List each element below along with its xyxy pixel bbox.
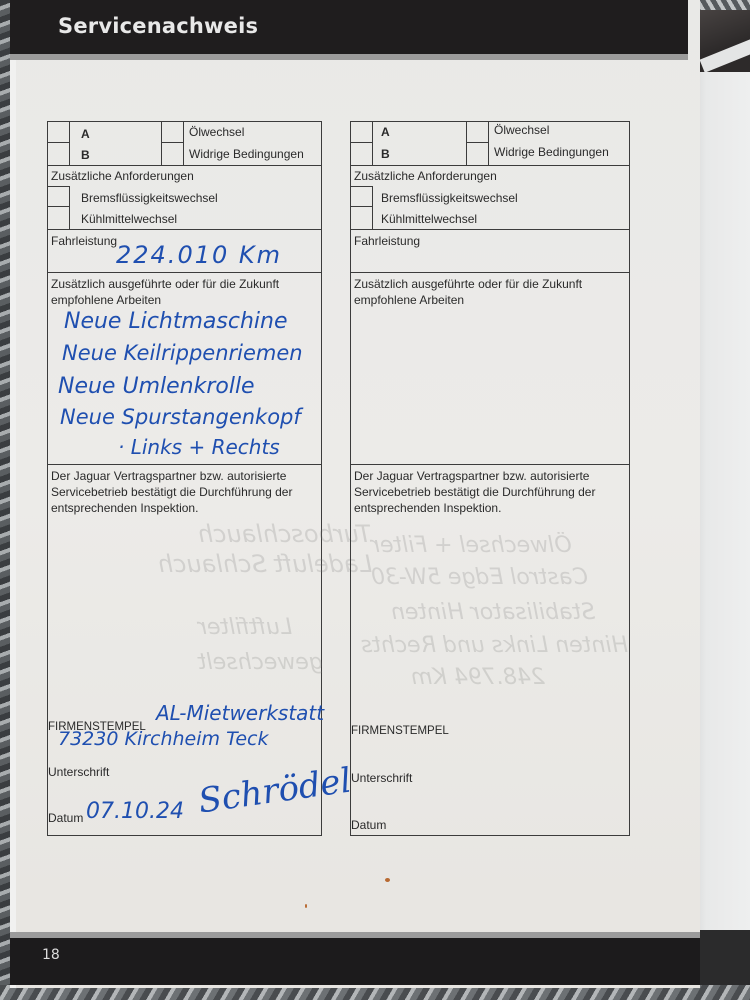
checkbox-coolant[interactable] bbox=[48, 207, 70, 229]
date-label: Datum bbox=[351, 818, 386, 832]
checkbox-service-b[interactable] bbox=[48, 143, 70, 165]
checkbox-service-b[interactable] bbox=[351, 143, 373, 165]
signature-label: Unterschrift bbox=[48, 765, 109, 779]
page-title: Servicenachweis bbox=[58, 14, 258, 38]
confirmation-text-line3: entsprechenden Inspektion. bbox=[51, 501, 198, 515]
additional-requirements-heading: Zusätzliche Anforderungen bbox=[354, 169, 497, 183]
show-through-text: gewechselt bbox=[198, 650, 323, 675]
confirmation-text-line3: entsprechenden Inspektion. bbox=[354, 501, 501, 515]
confirmation-row: Der Jaguar Vertragspartner bzw. autorisi… bbox=[351, 465, 629, 835]
checkbox-service-a[interactable] bbox=[351, 122, 373, 143]
confirmation-text-line1: Der Jaguar Vertragspartner bzw. autorisi… bbox=[354, 469, 589, 483]
additional-requirements-row: Zusätzliche Anforderungen Bremsflüssigke… bbox=[48, 166, 321, 230]
mileage-row: Fahrleistung 224.010 Km bbox=[48, 230, 321, 273]
service-a-label: A bbox=[381, 125, 390, 139]
additional-work-label-line2: empfohlene Arbeiten bbox=[51, 293, 161, 307]
checkbox-service-a[interactable] bbox=[48, 122, 70, 143]
work-entry[interactable]: Neue Umlenkrolle bbox=[58, 374, 255, 399]
confirmation-text-line2: Servicebetrieb bestätigt die Durchführun… bbox=[51, 485, 292, 499]
show-through-text: Ladeluft Schlauch bbox=[158, 550, 372, 578]
oil-change-label: Ölwechsel bbox=[189, 125, 244, 139]
confirmation-row: Der Jaguar Vertragspartner bzw. autorisi… bbox=[48, 465, 321, 835]
confirmation-text-line2: Servicebetrieb bestätigt die Durchführun… bbox=[354, 485, 595, 499]
show-through-text: Luftfilter bbox=[198, 615, 292, 640]
coolant-label: Kühlmittelwechsel bbox=[81, 212, 177, 226]
mileage-label: Fahrleistung bbox=[354, 234, 420, 248]
checkbox-coolant[interactable] bbox=[351, 207, 373, 229]
date-label: Datum bbox=[48, 811, 83, 825]
show-through-text: Castrol Edge 5W-30 bbox=[371, 565, 588, 590]
service-type-row: A B Ölwechsel Widrige Bedingungen bbox=[351, 122, 629, 166]
additional-requirements-heading: Zusätzliche Anforderungen bbox=[51, 169, 194, 183]
oil-change-label: Ölwechsel bbox=[494, 123, 549, 137]
additional-work-row: Zusätzlich ausgeführte oder für die Zuku… bbox=[351, 273, 629, 465]
adverse-conditions-label: Widrige Bedingungen bbox=[494, 145, 609, 159]
additional-work-label-line1: Zusätzlich ausgeführte oder für die Zuku… bbox=[51, 277, 279, 291]
service-a-label: A bbox=[81, 127, 90, 141]
additional-requirements-row: Zusätzliche Anforderungen Bremsflüssigke… bbox=[351, 166, 629, 230]
show-through-text: Turboschlauch bbox=[198, 520, 371, 548]
company-stamp-label: FIRMENSTEMPEL bbox=[351, 725, 449, 737]
date-value[interactable]: 07.10.24 bbox=[86, 799, 184, 824]
coolant-label: Kühlmittelwechsel bbox=[381, 212, 477, 226]
brake-fluid-label: Bremsflüssigkeitswechsel bbox=[81, 191, 218, 205]
show-through-text: Hinten Links und Rechts bbox=[361, 633, 628, 658]
adjacent-page-footer-band bbox=[700, 930, 750, 985]
show-through-text: 248.794 Km bbox=[411, 665, 545, 690]
work-entry[interactable]: Neue Spurstangenkopf bbox=[60, 405, 301, 429]
company-stamp-line1[interactable]: AL-Mietwerkstatt bbox=[156, 701, 324, 725]
mileage-row: Fahrleistung bbox=[351, 230, 629, 273]
work-entry[interactable]: Neue Lichtmaschine bbox=[64, 309, 288, 334]
checkbox-adverse-conditions[interactable] bbox=[162, 143, 184, 165]
stain-mark bbox=[385, 878, 390, 882]
show-through-text: Ölwechsel + Filter bbox=[371, 533, 572, 558]
stain-mark bbox=[305, 904, 307, 908]
service-b-label: B bbox=[81, 148, 90, 162]
service-record-form-2: A B Ölwechsel Widrige Bedingungen Zusätz… bbox=[350, 121, 630, 836]
brake-fluid-label: Bremsflüssigkeitswechsel bbox=[381, 191, 518, 205]
adverse-conditions-label: Widrige Bedingungen bbox=[189, 147, 304, 161]
checkbox-oil-change[interactable] bbox=[162, 122, 184, 143]
checkbox-oil-change[interactable] bbox=[467, 122, 489, 143]
show-through-text: Stabilisator Hinten bbox=[391, 600, 595, 625]
work-entry[interactable]: · Links + Rechts bbox=[118, 435, 280, 459]
footer-band bbox=[10, 932, 700, 985]
page-number: 18 bbox=[42, 947, 60, 963]
service-b-label: B bbox=[381, 147, 390, 161]
confirmation-text-line1: Der Jaguar Vertragspartner bzw. autorisi… bbox=[51, 469, 286, 483]
checkbox-brake-fluid[interactable] bbox=[351, 186, 373, 207]
checkbox-brake-fluid[interactable] bbox=[48, 186, 70, 207]
additional-work-label-line2: empfohlene Arbeiten bbox=[354, 293, 464, 307]
service-type-row: A B Ölwechsel Widrige Bedingungen bbox=[48, 122, 321, 166]
additional-work-label-line1: Zusätzlich ausgeführte oder für die Zuku… bbox=[354, 277, 582, 291]
mileage-label: Fahrleistung bbox=[51, 234, 117, 248]
checkbox-adverse-conditions[interactable] bbox=[467, 143, 489, 165]
additional-work-row: Zusätzlich ausgeführte oder für die Zuku… bbox=[48, 273, 321, 465]
mileage-value[interactable]: 224.010 Km bbox=[116, 241, 282, 269]
company-stamp-line2[interactable]: 73230 Kirchheim Teck bbox=[58, 728, 268, 750]
signature-label: Unterschrift bbox=[351, 771, 412, 785]
work-entry[interactable]: Neue Keilrippenriemen bbox=[62, 341, 303, 365]
service-record-form-1: A B Ölwechsel Widrige Bedingungen Zusätz… bbox=[47, 121, 322, 836]
